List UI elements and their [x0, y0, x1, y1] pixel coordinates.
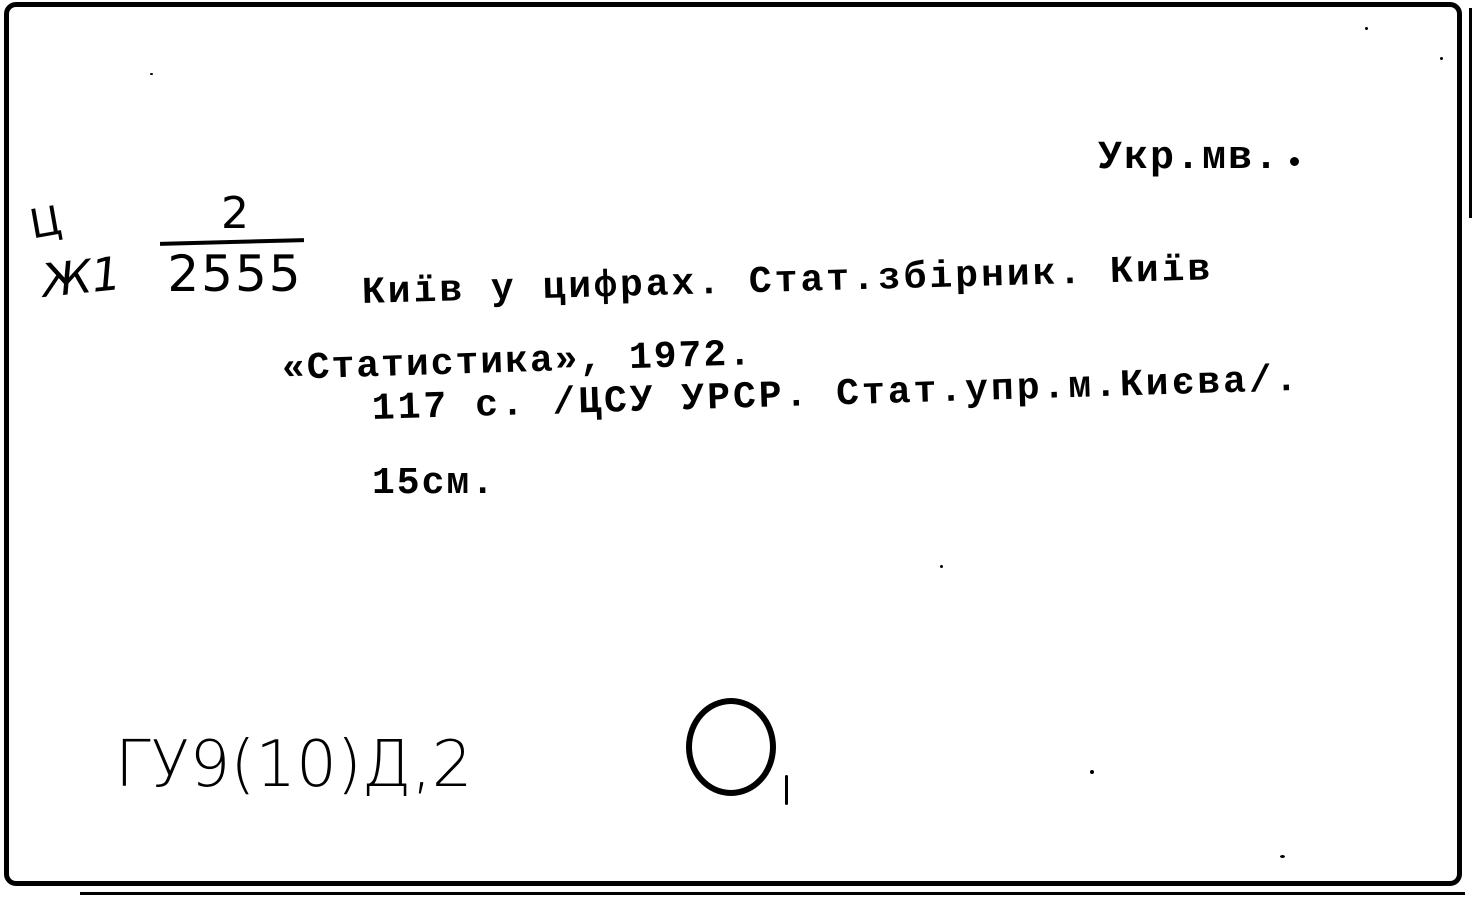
scan-speck	[940, 565, 943, 568]
stamp-circle	[686, 698, 776, 796]
record-size-line: 15см.	[372, 462, 496, 505]
card-edge-shadow-right	[1469, 8, 1472, 218]
shelf-mark-prefix: Ж1	[39, 246, 123, 308]
scan-speck	[1365, 27, 1368, 30]
scan-speck	[150, 73, 153, 75]
scan-speck	[1290, 157, 1299, 166]
shelf-mark-fraction: 2 2555	[160, 190, 310, 300]
scan-speck	[1440, 57, 1443, 60]
shelf-mark-numerator: 2	[160, 190, 310, 238]
card-edge-shadow-bottom	[80, 892, 1465, 895]
shelf-mark-denominator: 2555	[160, 248, 310, 300]
language-mark: Укр.мв.	[1098, 136, 1280, 181]
scan-speck	[1280, 855, 1285, 858]
scan-speck	[1090, 770, 1094, 774]
scan-speck	[785, 775, 788, 805]
classification-index: ГУ9(10)Д,2	[115, 728, 473, 802]
